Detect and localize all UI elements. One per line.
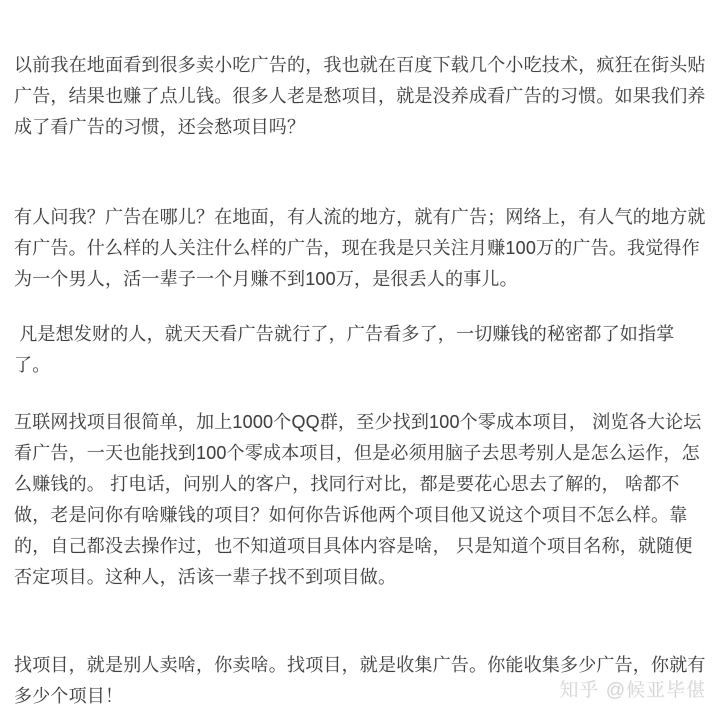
article-paragraph-2: 有人问我？广告在哪儿？在地面，有人流的地方，就有广告；网络上，有人气的地方就有广…	[14, 202, 708, 295]
article-paragraph-1: 以前我在地面看到很多卖小吃广告的，我也就在百度下载几个小吃技术，疯狂在街头贴广告…	[14, 50, 708, 143]
zhihu-watermark: 知乎 @候亚毕偡	[559, 679, 706, 703]
article-body: 以前我在地面看到很多卖小吃广告的，我也就在百度下载几个小吃技术，疯狂在街头贴广告…	[14, 50, 708, 712]
article-paragraph-4: 互联网找项目很简单，加上1000个QQ群，至少找到100个零成本项目， 浏览各大…	[14, 407, 708, 593]
article-paragraph-3: 凡是想发财的人，就天天看广告就行了，广告看多了，一切赚钱的秘密都了如指掌了。	[14, 319, 708, 381]
